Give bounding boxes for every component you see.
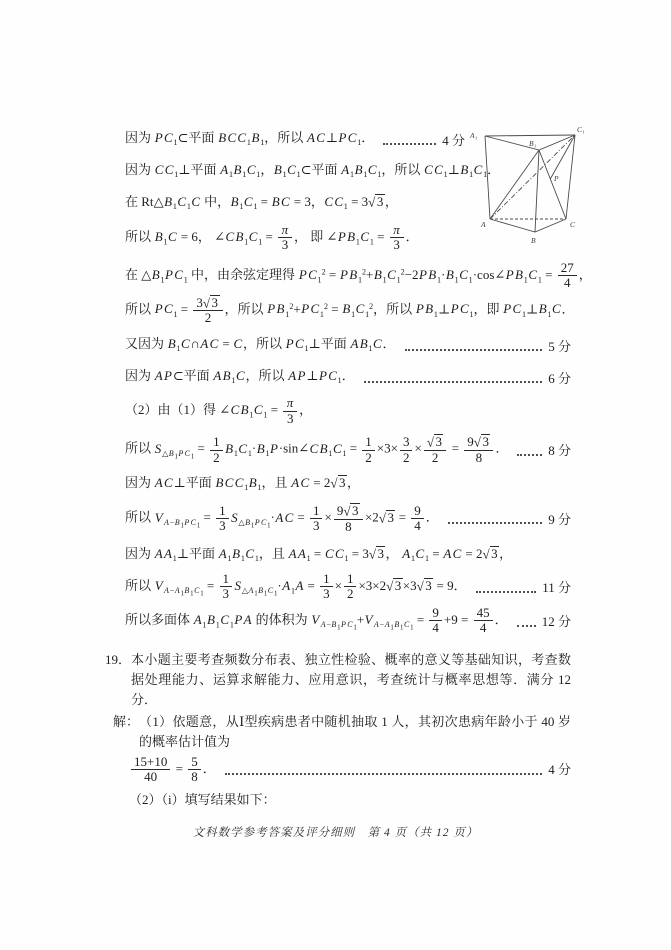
score-label: 5 分 — [548, 337, 571, 356]
dotted-leader — [405, 349, 543, 351]
dotted-leader — [383, 143, 436, 145]
solution-line: （2）由（1）得 ∠CB1C1 = π3， — [125, 396, 571, 426]
vertex-label-c1: C₁ — [577, 125, 585, 134]
dotted-leader — [517, 454, 542, 456]
probability-fraction: 15+1040 = 58． — [129, 755, 216, 785]
probability-fraction-line: 15+1040 = 58． 4 分 — [129, 755, 571, 785]
score-label: 12 分 — [542, 612, 571, 631]
solution-line: 所以 VA−A1B1C1 = 13S△A1B1C1·A1A = 13×12×3×… — [125, 572, 571, 604]
solution-line-text: 所以 S△B1PC1 = 12B1C1·B1P·sin∠CB1C1 = 12×3… — [125, 434, 508, 466]
problem-number: 19． — [105, 650, 131, 710]
score-label: 6 分 — [548, 369, 571, 388]
solution-line: 在 Rt△B1C1C 中，B1C1 = BC = 3，CC1 = 3√3， — [125, 192, 571, 216]
dotted-leader — [517, 625, 536, 627]
fill-in-note: （2）（i）填写结果如下： — [129, 790, 571, 810]
solution-line-text: 又因为 B1C∩AC = C，所以 PC1⊥平面 AB1C． — [125, 334, 396, 358]
solution-line: 所以 PC1 = 3√32，所以 PB12+PC12 = B1C12，所以 PB… — [125, 295, 571, 326]
solution-line-text: 因为 PC1⊂平面 BCC1B1，所以 AC⊥PC1． — [125, 128, 374, 152]
solution-line: 又因为 B1C∩AC = C，所以 PC1⊥平面 AB1C．5 分 — [125, 334, 571, 358]
solution-line-text: 因为 AA1⊥平面 A1B1C1，且 AA1 = CC1 = 3√3， A1C1… — [125, 544, 512, 568]
solution-line: 因为 PC1⊂平面 BCC1B1，所以 AC⊥PC1．4 分 — [125, 128, 465, 152]
solution-line-text: （2）由（1）得 ∠CB1C1 = π3， — [125, 396, 312, 426]
score-label: 4 分 — [548, 760, 571, 780]
dotted-leader — [364, 381, 543, 383]
problem-19: 19． 本小题主要考查频数分布表、独立性检验、概率的意义等基础知识，考查数据处理… — [105, 650, 571, 710]
dotted-leader — [476, 591, 537, 593]
solution-line-text: 因为 AC⊥平面 BCC1B1，且 AC = 2√3， — [125, 473, 360, 497]
score-label: 11 分 — [542, 578, 571, 597]
solution-line: 因为 AA1⊥平面 A1B1C1，且 AA1 = CC1 = 3√3， A1C1… — [125, 544, 571, 568]
document-page: A₁ B₁ C₁ A B C P 因为 PC1⊂平面 BCC1B1，所以 AC⊥… — [0, 0, 671, 950]
score-label: 8 分 — [548, 441, 571, 460]
solution-line: 因为 AC⊥平面 BCC1B1，且 AC = 2√3， — [125, 473, 571, 497]
solution-18-lines: 因为 PC1⊂平面 BCC1B1，所以 AC⊥PC1．4 分因为 CC1⊥平面 … — [105, 128, 571, 638]
solution-line-text: 因为 CC1⊥平面 A1B1C1，B1C1⊂平面 A1B1C1，所以 CC1⊥B… — [125, 160, 500, 184]
dotted-leader — [225, 773, 543, 775]
solution-line-text: 在 Rt△B1C1C 中，B1C1 = BC = 3，CC1 = 3√3， — [125, 192, 398, 216]
solution-19-paragraph: 解： （1）依题意，从Ⅰ型疾病患者中随机抽取 1 人，其初次患病年龄小于 40 … — [113, 712, 571, 752]
solution-line: 所以 S△B1PC1 = 12B1C1·B1P·sin∠CB1C1 = 12×3… — [125, 434, 571, 466]
solution-line-text: 所以 B1C = 6， ∠CB1C1 = π3， 即 ∠PB1C1 = π3． — [125, 223, 419, 253]
solution-19-part1: （1）依题意，从Ⅰ型疾病患者中随机抽取 1 人，其初次患病年龄小于 40 岁的概… — [139, 712, 571, 752]
page-footer: 文科数学参考答案及评分细则 第 4 页（共 12 页） — [0, 824, 671, 840]
answer-content: 因为 PC1⊂平面 BCC1B1，所以 AC⊥PC1．4 分因为 CC1⊥平面 … — [105, 128, 571, 810]
solution-line-text: 所以 VA−A1B1C1 = 13S△A1B1C1·A1A = 13×12×3×… — [125, 572, 467, 604]
dotted-leader — [448, 522, 542, 524]
score-label: 9 分 — [548, 510, 571, 529]
solution-line-text: 所以多面体 A1B1C1PA 的体积为 VA−B1PC1+VA−A1B1C1 =… — [125, 606, 508, 638]
solution-line-text: 所以 VA−B1PC1 = 13S△B1PC1·AC = 13×9√38×2√3… — [125, 503, 439, 535]
solution-line-text: 因为 AP⊂平面 AB1C，所以 AP⊥PC1． — [125, 366, 355, 390]
solution-line: 在 △B1PC1 中，由余弦定理得 PC12 = PB12+B1C12−2PB1… — [125, 261, 571, 291]
solution-line: 所以多面体 A1B1C1PA 的体积为 VA−B1PC1+VA−A1B1C1 =… — [125, 606, 571, 638]
solution-line: 因为 CC1⊥平面 A1B1C1，B1C1⊂平面 A1B1C1，所以 CC1⊥B… — [125, 160, 571, 184]
solution-line: 因为 AP⊂平面 AB1C，所以 AP⊥PC1．6 分 — [125, 366, 571, 390]
solution-line-text: 所以 PC1 = 3√32，所以 PB12+PC12 = B1C12，所以 PB… — [125, 295, 575, 326]
score-label: 4 分 — [442, 131, 465, 150]
problem-statement: 本小题主要考查频数分布表、独立性检验、概率的意义等基础知识，考查数据处理能力、运… — [131, 650, 571, 710]
solution-line: 所以 B1C = 6， ∠CB1C1 = π3， 即 ∠PB1C1 = π3． — [125, 223, 571, 253]
solution-line-text: 在 △B1PC1 中，由余弦定理得 PC12 = PB12+B1C12−2PB1… — [125, 261, 592, 291]
solution-label: 解： — [113, 712, 139, 752]
solution-line: 所以 VA−B1PC1 = 13S△B1PC1·AC = 13×9√38×2√3… — [125, 503, 571, 535]
